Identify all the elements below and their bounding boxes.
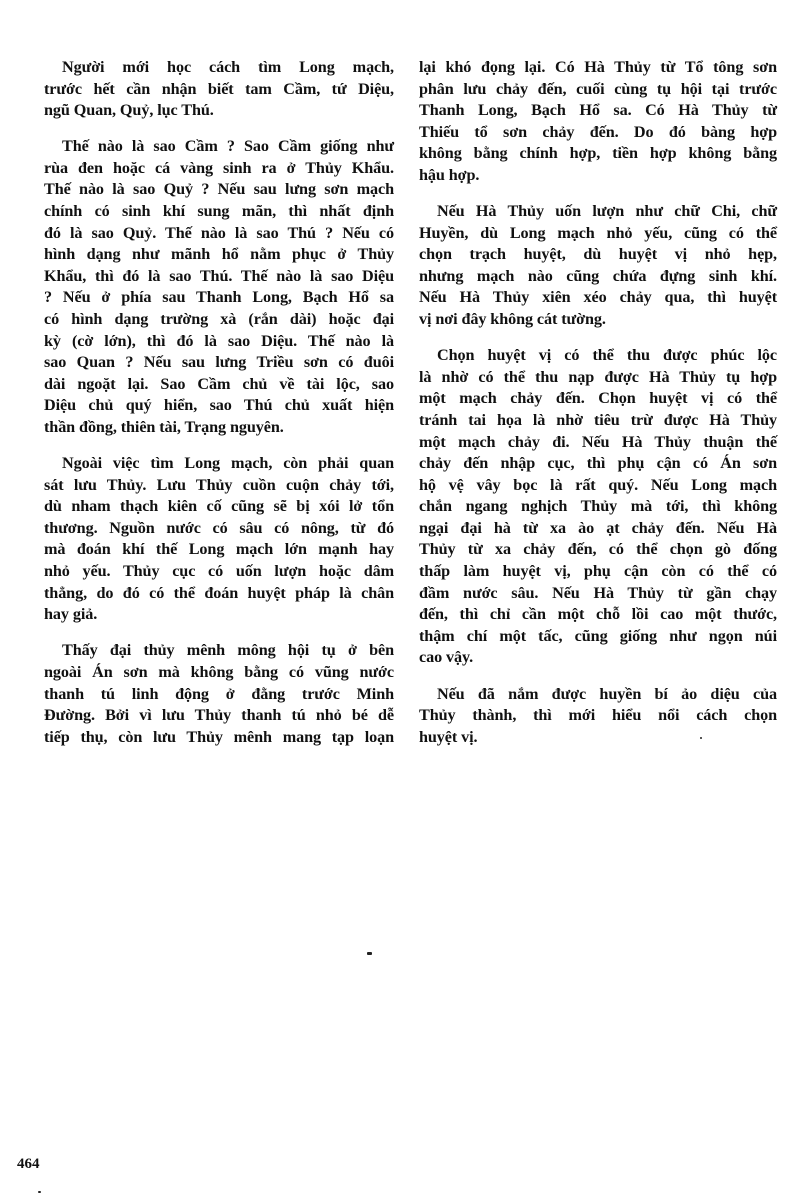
text-line: không bằng chính hợp, tiền hợp không bằn… (419, 143, 777, 165)
text-line: hình dạng như mãnh hổ nằm phục ở Thủy (44, 244, 394, 266)
text-line: Khẩu, thì đó là sao Thú. Thế nào là sao … (44, 266, 394, 288)
text-line: Thế nào là sao Quỷ ? Nếu sau lưng sơn mạ… (44, 179, 394, 201)
paragraph: Chọn huyệt vị có thể thu được phúc lộc l… (419, 345, 777, 669)
paragraph: Thấy đại thủy mênh mông hội tụ ở bên ngo… (44, 640, 394, 748)
text-line: Diệu chủ quý hiển, sao Thú chủ xuất hiện (44, 395, 394, 417)
text-line: Huyền, dù Long mạch nhỏ yếu, cũng có thể (419, 223, 777, 245)
text-line: rùa đen hoặc cá vàng sinh ra ở Thủy Khẩu… (44, 158, 394, 180)
text-line: mà đoán khí thế Long mạch lớn mạnh hay (44, 539, 394, 561)
text-line: Thủy từ xa chảy đến, có thể chọn gò đống (419, 539, 777, 561)
text-line: ngoài Án sơn mà không bằng có vũng nước (44, 662, 394, 684)
text-line: nhưng mạch nào cũng chứa đựng sinh khí. (419, 266, 777, 288)
text-line: Người mới học cách tìm Long mạch, (44, 57, 394, 79)
text-line: trước hết cần nhận biết tam Cầm, tứ Diệu… (44, 79, 394, 101)
text-line: sát lưu Thủy. Lưu Thủy cuồn cuộn chảy tớ… (44, 475, 394, 497)
text-line: Thiếu tổ sơn chảy đến. Do đó bàng hợp (419, 122, 777, 144)
page-number: 464 (17, 1156, 40, 1173)
text-line: một mạch chảy đi. Nếu Hà Thủy thuận thế (419, 432, 777, 454)
text-line: chắn ngang nghịch Thủy mà tới, thì không (419, 496, 777, 518)
text-line: Nếu Hà Thủy xiên xéo chảy qua, thì huyệt (419, 287, 777, 309)
scan-speck (38, 1191, 41, 1193)
text-line: ngũ Quan, Quỷ, lục Thú. (44, 100, 394, 122)
text-line: Đường. Bởi vì lưu Thủy thanh tú nhỏ bé d… (44, 705, 394, 727)
left-column: Người mới học cách tìm Long mạch, trước … (44, 57, 394, 763)
paragraph: Ngoài việc tìm Long mạch, còn phải quan … (44, 453, 394, 626)
text-line: thậm chí một tấc, cũng giống như ngọn nú… (419, 626, 777, 648)
text-line: thanh tú linh động ở đằng trước Minh (44, 684, 394, 706)
paragraph: lại khó đọng lại. Có Hà Thủy từ Tổ tông … (419, 57, 777, 187)
paragraph: Nếu đã nắm được huyền bí ảo diệu của Thủ… (419, 684, 777, 749)
paragraph: Thế nào là sao Cầm ? Sao Cầm giống như r… (44, 136, 394, 438)
text-line: đó là sao Quỷ. Thế nào là sao Thú ? Nếu … (44, 223, 394, 245)
text-line: Thủy thành, thì mới hiểu nổi cách chọn (419, 705, 777, 727)
text-line: Thấy đại thủy mênh mông hội tụ ở bên (44, 640, 394, 662)
text-line: lại khó đọng lại. Có Hà Thủy từ Tổ tông … (419, 57, 777, 79)
text-line: dù nham thạch kiên cố cũng sẽ bị xói lở … (44, 496, 394, 518)
text-line: hộ vệ vây bọc là rất quý. Nếu Long mạch (419, 475, 777, 497)
paragraph: Người mới học cách tìm Long mạch, trước … (44, 57, 394, 122)
text-line: có hình dạng trường xà (rắn dài) hoặc đạ… (44, 309, 394, 331)
text-line: hay giả. (44, 604, 394, 626)
text-line: Ngoài việc tìm Long mạch, còn phải quan (44, 453, 394, 475)
text-line: nhỏ yếu. Thủy cục có uốn lượn hoặc dâm (44, 561, 394, 583)
text-line: chảy đến nhập cục, thì phụ cận có Án sơn (419, 453, 777, 475)
text-line: một mạch chảy đến. Chọn huyệt vị có thể (419, 388, 777, 410)
text-line: Thế nào là sao Cầm ? Sao Cầm giống như (44, 136, 394, 158)
text-line: Chọn huyệt vị có thể thu được phúc lộc (419, 345, 777, 367)
right-column: lại khó đọng lại. Có Hà Thủy từ Tổ tông … (419, 57, 777, 763)
text-line: thương. Nguồn nước có sâu có nông, từ đó (44, 518, 394, 540)
paragraph: Nếu Hà Thủy uốn lượn như chữ Chi, chữ Hu… (419, 201, 777, 331)
text-line: thẳng, do đó có thể đoán huyệt pháp là c… (44, 583, 394, 605)
text-line: tiếp thụ, còn lưu Thủy mênh mang tạp loạ… (44, 727, 394, 749)
text-line: đầm nước sâu. Nếu Hà Thủy từ gần chạy (419, 583, 777, 605)
scan-speck (700, 737, 702, 739)
text-line: phân lưu chảy đến, cuối cùng tụ hội tại … (419, 79, 777, 101)
text-line: hậu hợp. (419, 165, 777, 187)
text-line: tránh tai họa là nhờ tiêu trừ được Hà Th… (419, 410, 777, 432)
text-line: Nếu đã nắm được huyền bí ảo diệu của (419, 684, 777, 706)
text-line: sao Quan ? Nếu sau lưng Triều sơn có đuô… (44, 352, 394, 374)
scan-speck (367, 952, 372, 955)
text-line: chọn trạch huyệt, dù huyệt vị nhỏ hẹp, (419, 244, 777, 266)
text-line: thần đồng, thiên tài, Trạng nguyên. (44, 417, 394, 439)
text-line: vị nơi đây không cát tường. (419, 309, 777, 331)
text-line: huyệt vị. (419, 727, 777, 749)
text-line: đến, thì chỉ cần một chỗ lồi cao một thư… (419, 604, 777, 626)
text-line: kỳ (cờ lớn), thì đó là sao Diệu. Thế nào… (44, 331, 394, 353)
text-line: Nếu Hà Thủy uốn lượn như chữ Chi, chữ (419, 201, 777, 223)
text-line: chính có sinh khí sung mãn, thì nhất địn… (44, 201, 394, 223)
text-line: là nhờ có thể thu nạp được Hà Thủy tụ hợ… (419, 367, 777, 389)
text-line: ? Nếu ở phía sau Thanh Long, Bạch Hổ sa (44, 287, 394, 309)
text-line: cao vậy. (419, 647, 777, 669)
text-line: Thanh Long, Bạch Hổ sa. Có Hà Thủy từ (419, 100, 777, 122)
text-line: thấp làm huyệt vị, phụ cận còn có thể có (419, 561, 777, 583)
text-line: dài ngoặt lại. Sao Cầm chủ về tài lộc, s… (44, 374, 394, 396)
text-line: ngại đại hà từ xa ào ạt chảy đến. Nếu Hà (419, 518, 777, 540)
